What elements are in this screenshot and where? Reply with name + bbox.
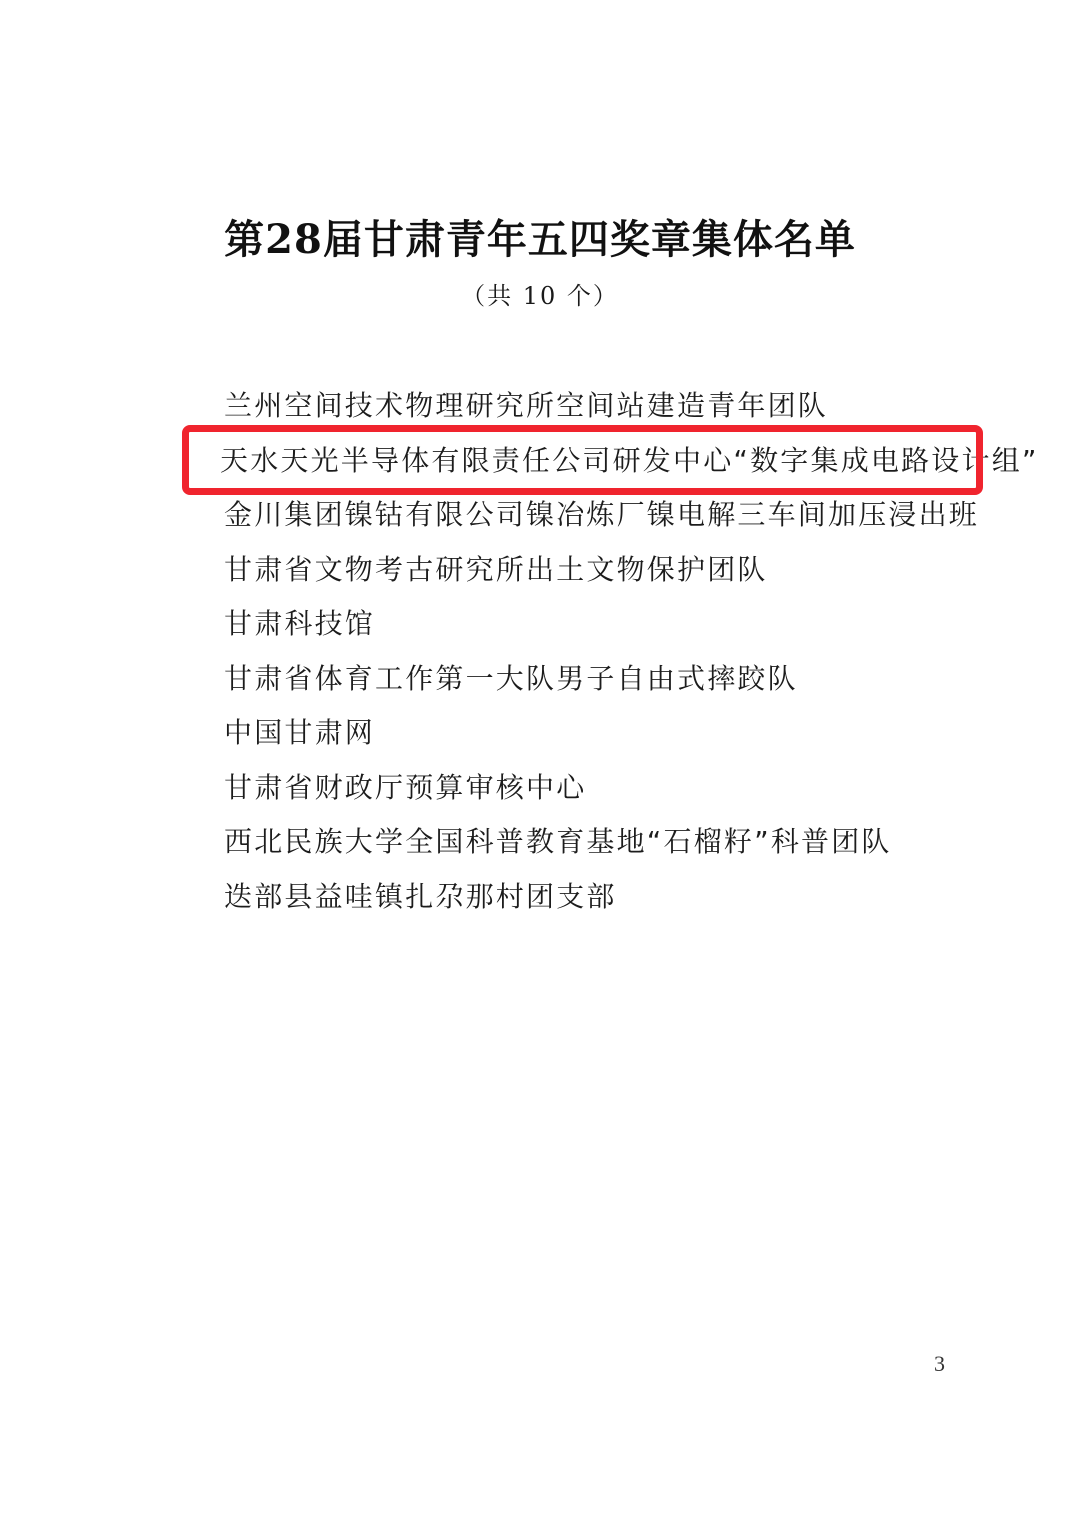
list-item: 甘肃科技馆 — [224, 602, 1039, 657]
list-item: 西北民族大学全国科普教育基地“石榴籽”科普团队 — [224, 820, 1039, 875]
list-item-highlighted: 天水天光半导体有限责任公司研发中心“数字集成电路设计组” — [220, 439, 1039, 494]
document-title: 第28届甘肃青年五四奖章集体名单 — [0, 212, 1080, 268]
document-page: 第28届甘肃青年五四奖章集体名单 （共 10 个） 兰州空间技术物理研究所空间站… — [0, 0, 1080, 1527]
list-item: 兰州空间技术物理研究所空间站建造青年团队 — [224, 384, 1039, 439]
award-list: 兰州空间技术物理研究所空间站建造青年团队 天水天光半导体有限责任公司研发中心“数… — [224, 384, 1039, 929]
document-subtitle: （共 10 个） — [0, 278, 1080, 314]
list-item: 甘肃省文物考古研究所出土文物保护团队 — [224, 548, 1039, 603]
list-item: 甘肃省财政厅预算审核中心 — [224, 766, 1039, 821]
list-item: 金川集团镍钴有限公司镍冶炼厂镍电解三车间加压浸出班 — [224, 493, 1039, 548]
page-number: 3 — [934, 1350, 945, 1378]
list-item: 甘肃省体育工作第一大队男子自由式摔跤队 — [224, 657, 1039, 712]
list-item: 中国甘肃网 — [224, 711, 1039, 766]
list-item: 迭部县益哇镇扎尕那村团支部 — [224, 875, 1039, 930]
